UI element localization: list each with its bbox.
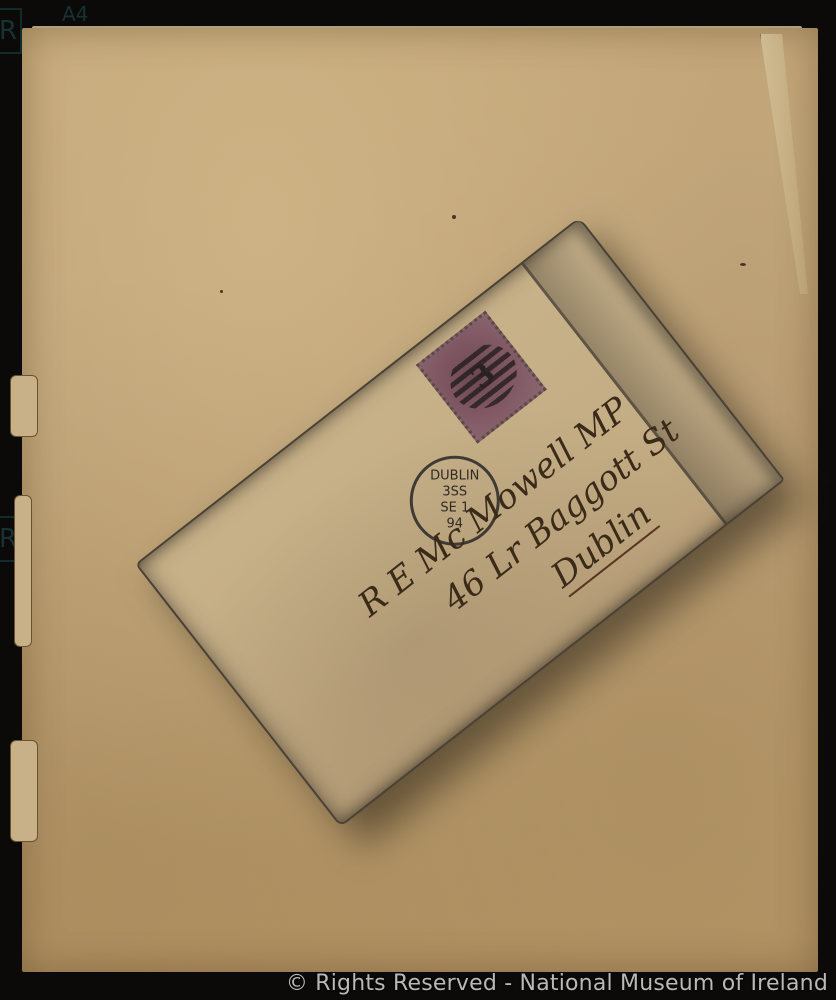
torn-binding-lower (10, 740, 38, 842)
scanner-registration-mark-top: R (0, 8, 22, 54)
postage-stamp: 3 (416, 311, 547, 444)
scanner-letter: R (0, 16, 17, 46)
copyright-watermark: © Rights Reserved - National Museum of I… (286, 971, 828, 996)
paper-spot (740, 263, 746, 266)
paper-spot (220, 290, 223, 293)
scanner-size-label: A4 (62, 2, 88, 26)
torn-binding-middle (14, 495, 32, 647)
torn-binding-upper (10, 375, 38, 437)
cancel-number: 3 (464, 356, 502, 396)
scanner-size-text: A4 (62, 2, 88, 26)
stamp-cancellation-mark: 3 (437, 332, 529, 422)
postmark-city: DUBLIN (413, 469, 497, 485)
paper-spot (452, 215, 456, 219)
